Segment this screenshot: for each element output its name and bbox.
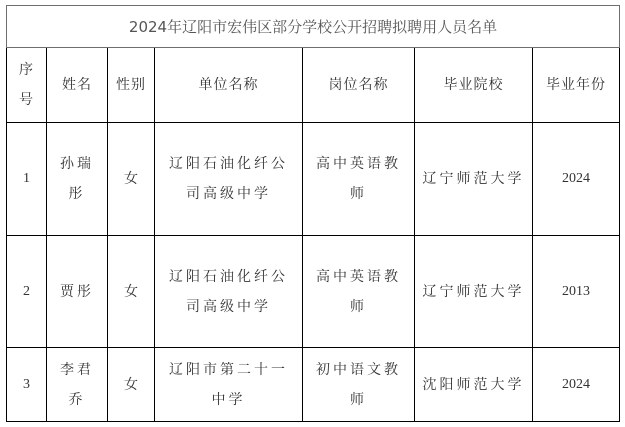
cell-grad-year: 2024 xyxy=(533,123,620,236)
header-gender: 性别 xyxy=(108,48,155,123)
cell-index: 2 xyxy=(7,236,47,348)
header-grad-year: 毕业年份 xyxy=(533,48,620,123)
cell-position: 初中语文教师 xyxy=(303,348,415,422)
table-row: 1 孙瑞彤 女 辽阳石油化纤公司高级中学 高中英语教师 辽宁师范大学 2024 xyxy=(7,123,620,236)
header-row: 序号 姓名 性别 单位名称 岗位名称 毕业院校 毕业年份 xyxy=(7,48,620,123)
table-row: 2 贾彤 女 辽阳石油化纤公司高级中学 高中英语教师 辽宁师范大学 2013 xyxy=(7,236,620,348)
cell-unit: 辽阳市第二十一中学 xyxy=(155,348,303,422)
header-name: 姓名 xyxy=(47,48,108,123)
cell-position: 高中英语教师 xyxy=(303,236,415,348)
cell-grad-year: 2013 xyxy=(533,236,620,348)
cell-grad-year: 2024 xyxy=(533,348,620,422)
cell-school: 辽宁师范大学 xyxy=(415,236,533,348)
cell-unit: 辽阳石油化纤公司高级中学 xyxy=(155,236,303,348)
cell-index: 3 xyxy=(7,348,47,422)
table-title: 2024年辽阳市宏伟区部分学校公开招聘拟聘用人员名单 xyxy=(7,6,620,48)
cell-school: 辽宁师范大学 xyxy=(415,123,533,236)
cell-name: 李君乔 xyxy=(47,348,108,422)
cell-name: 贾彤 xyxy=(47,236,108,348)
cell-gender: 女 xyxy=(108,236,155,348)
header-position: 岗位名称 xyxy=(303,48,415,123)
cell-unit: 辽阳石油化纤公司高级中学 xyxy=(155,123,303,236)
cell-name: 孙瑞彤 xyxy=(47,123,108,236)
header-unit: 单位名称 xyxy=(155,48,303,123)
cell-school: 沈阳师范大学 xyxy=(415,348,533,422)
cell-index: 1 xyxy=(7,123,47,236)
header-school: 毕业院校 xyxy=(415,48,533,123)
hiring-roster-table: 2024年辽阳市宏伟区部分学校公开招聘拟聘用人员名单 序号 姓名 性别 单位名称… xyxy=(6,5,620,422)
cell-gender: 女 xyxy=(108,348,155,422)
cell-position: 高中英语教师 xyxy=(303,123,415,236)
header-index: 序号 xyxy=(7,48,47,123)
table-row: 3 李君乔 女 辽阳市第二十一中学 初中语文教师 沈阳师范大学 2024 xyxy=(7,348,620,422)
cell-gender: 女 xyxy=(108,123,155,236)
